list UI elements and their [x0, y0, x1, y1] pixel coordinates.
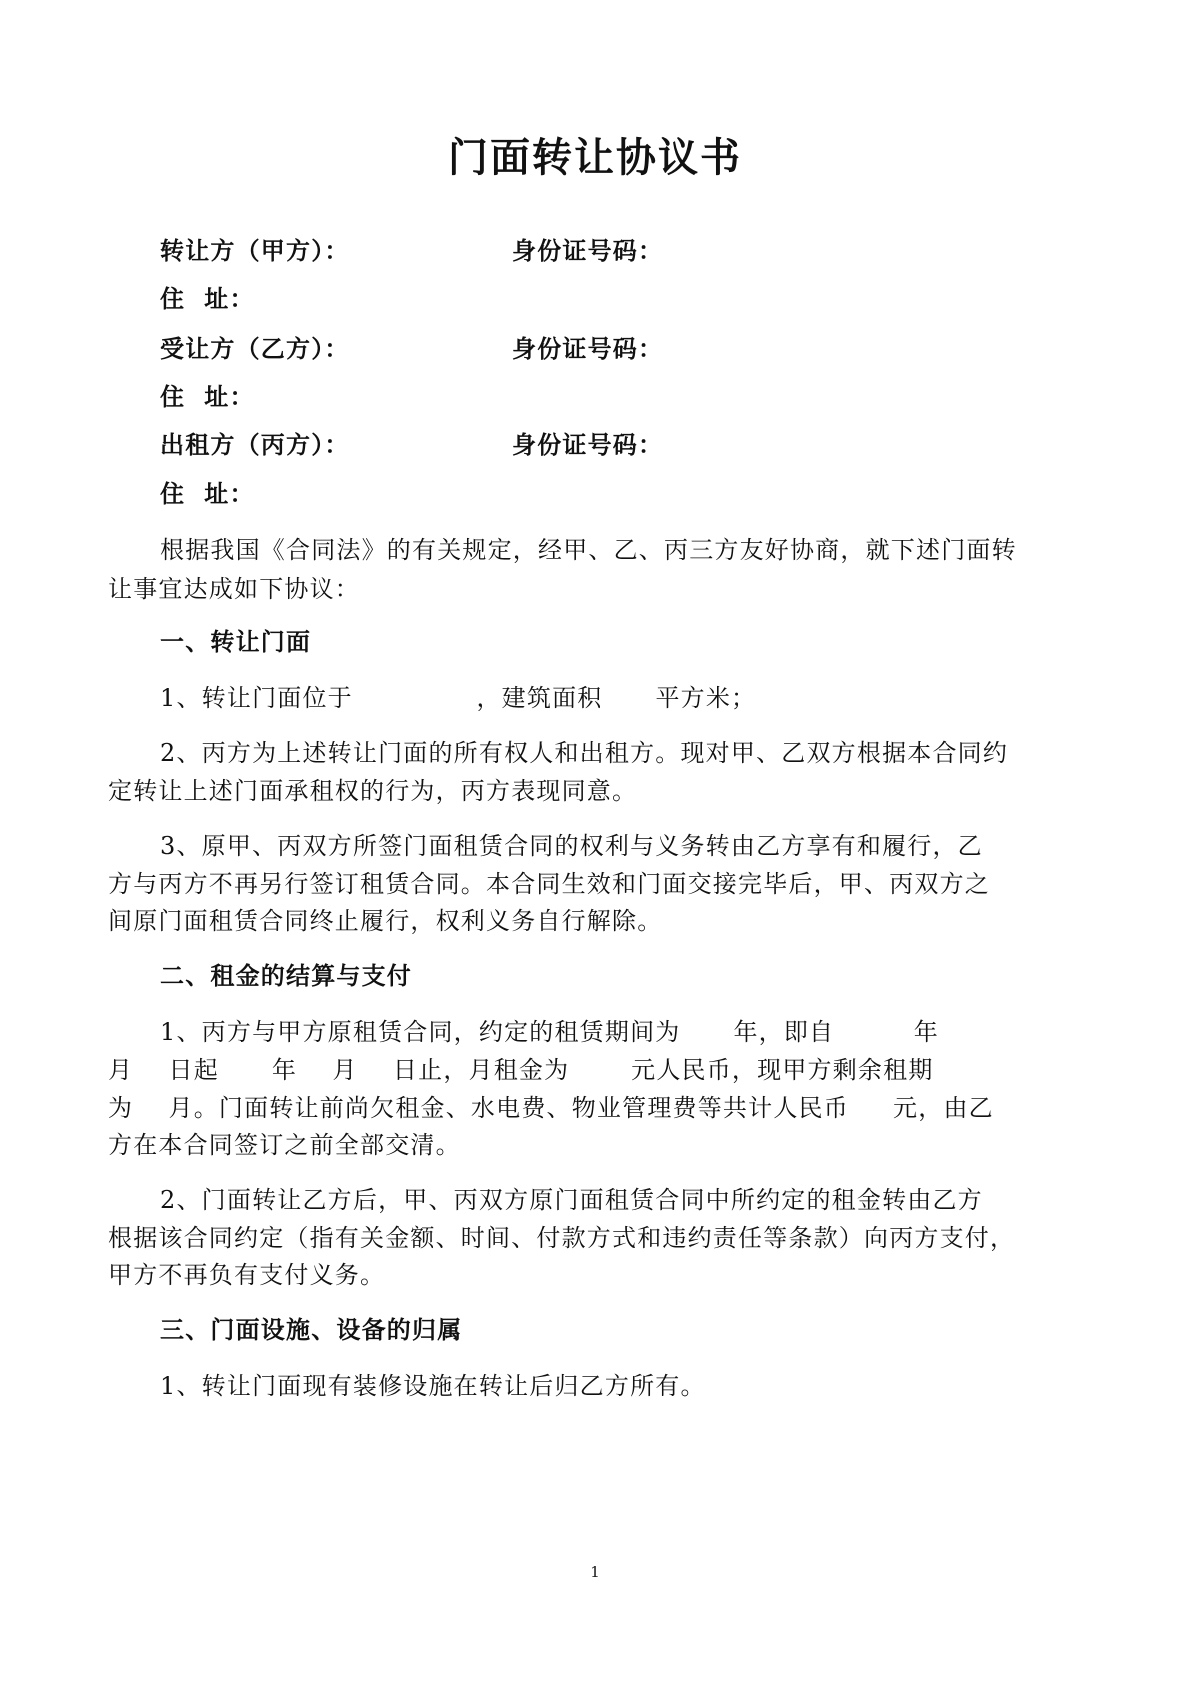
- preamble-line-1: 根据我国《合同法》的有关规定，经甲、乙、丙三方友好协商，就下述门面转: [160, 535, 1017, 565]
- section-2-heading: 二、租金的结算与支付: [160, 961, 412, 991]
- clause-2-2-line-3: 甲方不再负有支付义务。: [108, 1260, 385, 1290]
- clause-2-1-line-3: 为 月。门面转让前尚欠租金、水电费、物业管理费等共计人民币 元，由乙: [108, 1093, 994, 1123]
- section-3-heading: 三、门面设施、设备的归属: [160, 1315, 462, 1345]
- document-title: 门面转让协议书: [0, 126, 1190, 183]
- party-a-id-label: 身份证号码：: [512, 236, 663, 266]
- party-b-address-label: 住 址：: [160, 382, 255, 412]
- party-a-label: 转让方（甲方）：: [160, 236, 350, 266]
- clause-2-1-line-1: 1、丙方与甲方原租赁合同，约定的租赁期间为 年，即自 年: [160, 1017, 939, 1047]
- clause-1-3-line-2: 方与丙方不再另行签订租赁合同。本合同生效和门面交接完毕后，甲、丙双方之: [108, 869, 990, 899]
- document-page: 门面转让协议书 转让方（甲方）： 身份证号码： 住 址： 受让方（乙方）： 身份…: [0, 0, 1190, 1683]
- page-number: 1: [0, 1563, 1190, 1581]
- party-c-address-label: 住 址：: [160, 479, 255, 509]
- clause-2-2-line-2: 根据该合同约定（指有关金额、时间、付款方式和违约责任等条款）向丙方支付，: [108, 1223, 1015, 1253]
- preamble-line-2: 让事宜达成如下协议：: [108, 574, 360, 604]
- clause-1-1-line-1: 1、转让门面位于 ，建筑面积 平方米；: [160, 683, 756, 713]
- party-b-label: 受让方（乙方）：: [160, 334, 350, 364]
- clause-1-2-line-1: 2、丙方为上述转让门面的所有权人和出租方。现对甲、乙双方根据本合同约: [160, 738, 1008, 768]
- party-c-id-label: 身份证号码：: [512, 430, 663, 460]
- clause-2-2-line-1: 2、门面转让乙方后，甲、丙双方原门面租赁合同中所约定的租金转由乙方: [160, 1185, 983, 1215]
- section-1-heading: 一、转让门面: [160, 627, 311, 657]
- party-a-address-label: 住 址：: [160, 284, 255, 314]
- clause-3-1-line-1: 1、转让门面现有装修设施在转让后归乙方所有。: [160, 1371, 706, 1401]
- clause-2-1-line-2: 月 日起 年 月 日止，月租金为 元人民币，现甲方剩余租期: [108, 1055, 934, 1085]
- clause-1-2-line-2: 定转让上述门面承租权的行为，丙方表现同意。: [108, 776, 637, 806]
- clause-1-3-line-3: 间原门面租赁合同终止履行，权利义务自行解除。: [108, 906, 662, 936]
- clause-2-1-line-4: 方在本合同签订之前全部交清。: [108, 1130, 461, 1160]
- party-c-label: 出租方（丙方）：: [160, 430, 350, 460]
- party-b-id-label: 身份证号码：: [512, 334, 663, 364]
- clause-1-3-line-1: 3、原甲、丙双方所签门面租赁合同的权利与义务转由乙方享有和履行，乙: [160, 831, 983, 861]
